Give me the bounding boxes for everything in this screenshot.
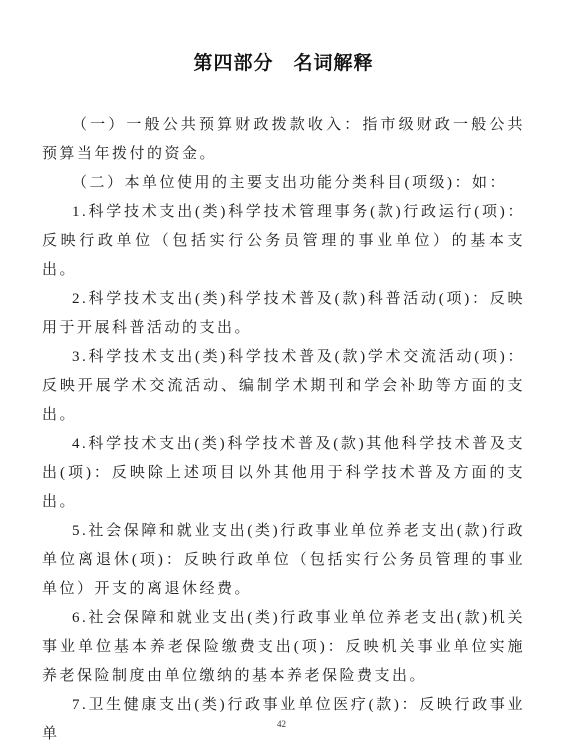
paragraph-item-4: 4.科学技术支出(类)科学技术普及(款)其他科学技术普及支出(项)：反映除上述项… [42,430,525,517]
paragraph-item-6: 6.社会保障和就业支出(类)行政事业单位养老支出(款)机关事业单位基本养老保险缴… [42,604,525,691]
page-number: 42 [0,719,563,729]
paragraph-intro-2: （二）本单位使用的主要支出功能分类科目(项级)：如： [42,169,525,198]
page-title: 第四部分 名词解释 [42,50,525,78]
document-body: （一）一般公共预算财政拨款收入：指市级财政一般公共预算当年拨付的资金。 （二）本… [42,111,525,749]
paragraph-item-3: 3.科学技术支出(类)科学技术普及(款)学术交流活动(项)：反映开展学术交流活动… [42,343,525,430]
paragraph-item-2: 2.科学技术支出(类)科学技术普及(款)科普活动(项)：反映用于开展科普活动的支… [42,285,525,343]
document-page: 第四部分 名词解释 （一）一般公共预算财政拨款收入：指市级财政一般公共预算当年拨… [0,0,563,754]
paragraph-item-5: 5.社会保障和就业支出(类)行政事业单位养老支出(款)行政单位离退休(项)：反映… [42,517,525,604]
paragraph-item-1: 1.科学技术支出(类)科学技术管理事务(款)行政运行(项)：反映行政单位（包括实… [42,198,525,285]
paragraph-intro-1: （一）一般公共预算财政拨款收入：指市级财政一般公共预算当年拨付的资金。 [42,111,525,169]
